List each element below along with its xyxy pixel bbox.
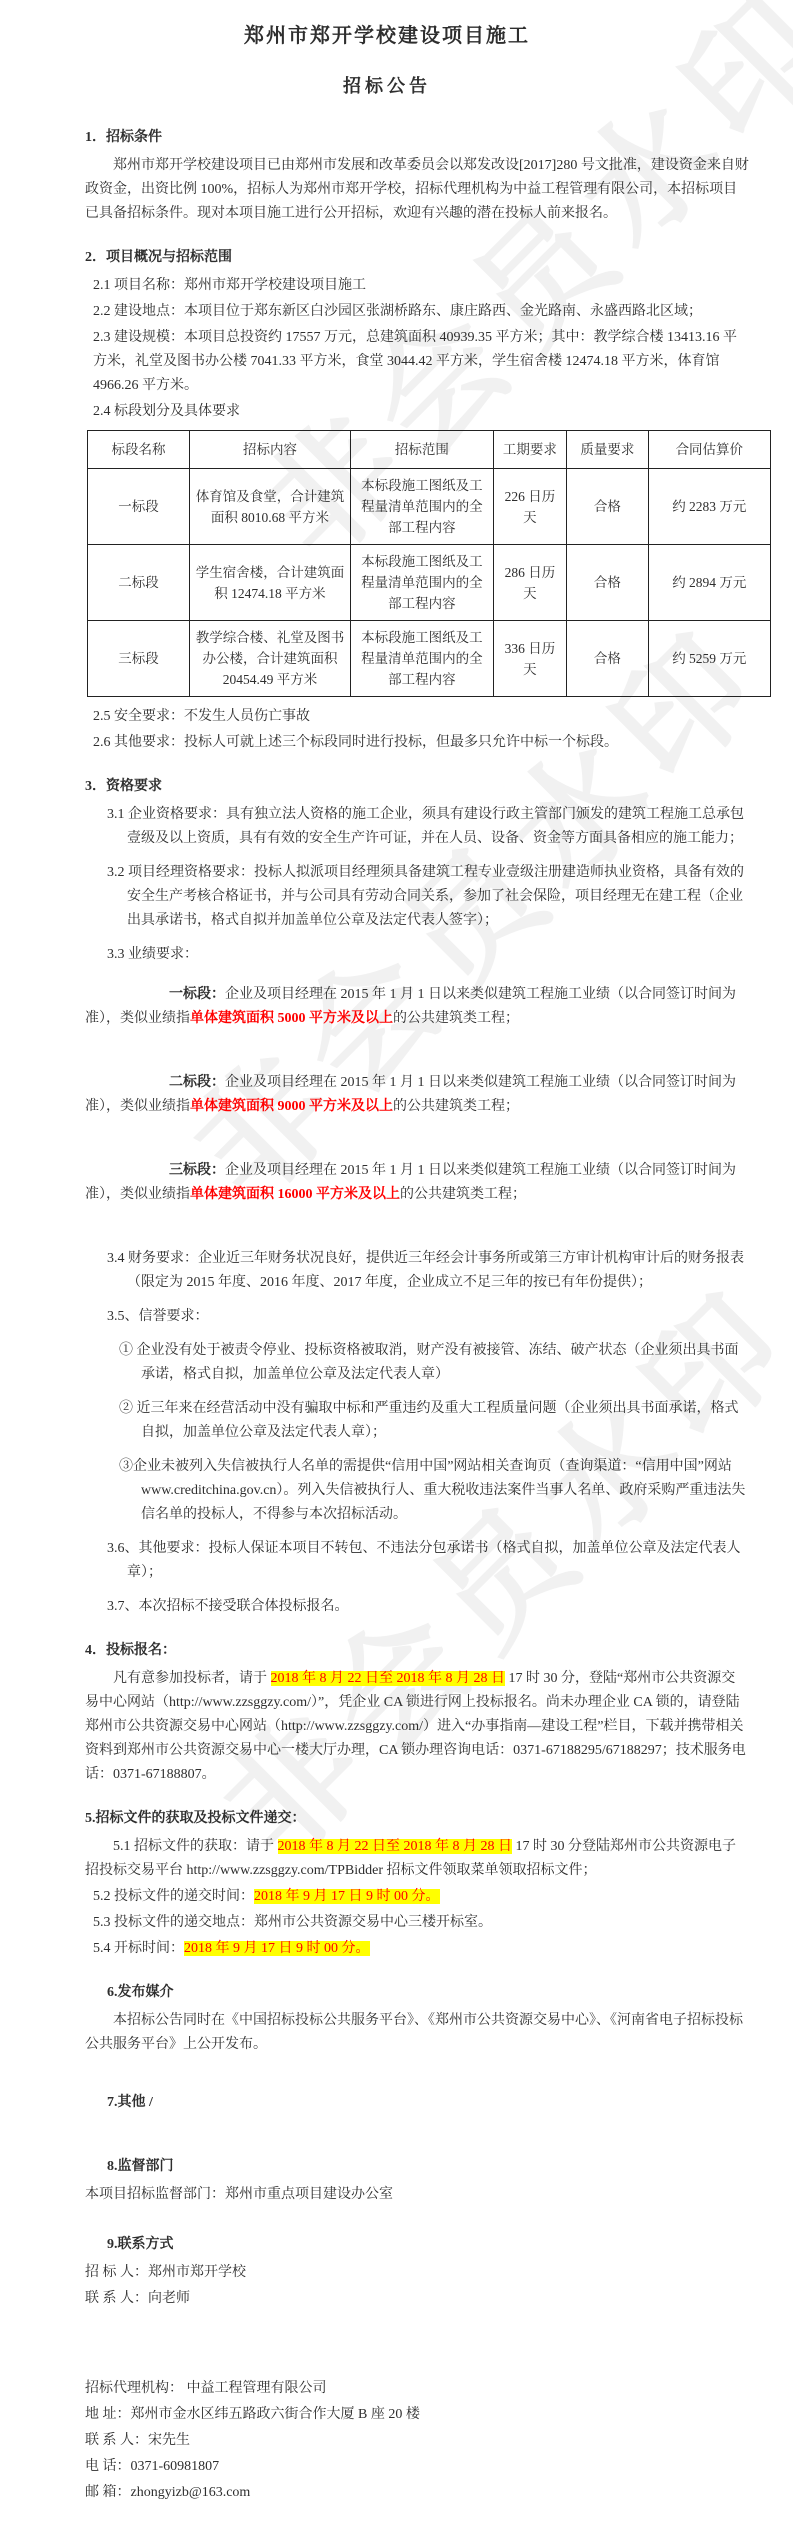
submission-time-label: 5.2 投标文件的递交时间： — [93, 1889, 254, 1904]
lot2-text-post: 的公共建筑类工程； — [393, 1099, 519, 1114]
project-scale-line: 2.3 建设规模：本项目总投资约 17557 万元，总建筑面积 40939.35… — [93, 326, 749, 398]
agency-email-line: 邮 箱：zhongyizb@163.com — [85, 2481, 749, 2505]
supervision-line: 本项目招标监督部门：郑州市重点项目建设办公室 — [85, 2183, 749, 2207]
credit-item-1: ① 企业没有处于被责令停业、投标资格被取消，财产没有被接管、冻结、破产状态（企业… — [119, 1339, 749, 1387]
section-8-heading: 8.监督部门 — [107, 2155, 749, 2179]
doc-obtain-date-highlight: 2018 年 8 月 22 日至 2018 年 8 月 28 日 — [278, 1839, 513, 1854]
document-title: 郑州市郑开学校建设项目施工 — [85, 24, 689, 48]
lot1-red-text: 单体建筑面积 5000 平方米及以上 — [190, 1011, 393, 1026]
submission-time-line: 5.2 投标文件的递交时间：2018 年 9 月 17 日 9 时 00 分。 — [93, 1885, 749, 1909]
lot1-performance-paragraph: 一标段：企业及项目经理在 2015 年 1 月 1 日以来类似建筑工程施工业绩（… — [85, 983, 749, 1031]
lot-division-line: 2.4 标段划分及具体要求 — [93, 400, 749, 424]
doc-obtain-paragraph: 5.1 招标文件的获取：请于 2018 年 8 月 22 日至 2018 年 8… — [85, 1835, 749, 1883]
submission-place-line: 5.3 投标文件的递交地点：郑州市公共资源交易中心三楼开标室。 — [93, 1911, 749, 1935]
section-9-heading: 9.联系方式 — [107, 2233, 749, 2257]
cell-duration: 226 日历天 — [493, 469, 566, 545]
col-header-price: 合同估算价 — [648, 431, 770, 469]
document-subtitle: 招标公告 — [85, 74, 689, 98]
cell-scope: 本标段施工图纸及工程量清单范围内的全部工程内容 — [351, 621, 494, 697]
other-requirement-3-6: 3.6、其他要求：投标人保证本项目不转包、不违法分包承诺书（格式自拟，加盖单位公… — [107, 1537, 749, 1585]
agency-contact-line: 联 系 人：宋先生 — [85, 2429, 749, 2453]
lot3-label: 三标段： — [169, 1163, 225, 1178]
finance-requirement-3-4: 3.4 财务要求：企业近三年财务状况良好，提供近三年经会计事务所或第三方审计机构… — [107, 1247, 749, 1295]
tenderer-contact-line: 联 系 人：向老师 — [85, 2287, 749, 2311]
cell-lot-name: 三标段 — [88, 621, 190, 697]
section-5-heading: 5.招标文件的获取及投标文件递交： — [85, 1807, 749, 1831]
doc-obtain-pre: 5.1 招标文件的获取：请于 — [113, 1839, 278, 1854]
cell-content: 学生宿舍楼，合计建筑面积 12474.18 平方米 — [189, 545, 350, 621]
lot2-label: 二标段： — [169, 1075, 225, 1090]
lot3-red-text: 单体建筑面积 16000 平方米及以上 — [190, 1187, 400, 1202]
cell-quality: 合格 — [567, 545, 649, 621]
cell-price: 约 2894 万元 — [648, 545, 770, 621]
cell-price: 约 2283 万元 — [648, 469, 770, 545]
section-3-heading: 3．资格要求 — [85, 775, 749, 799]
section-1-paragraph: 郑州市郑开学校建设项目已由郑州市发展和改革委员会以郑发改设[2017]280 号… — [85, 154, 749, 226]
registration-text-pre: 凡有意参加投标者，请于 — [113, 1671, 271, 1686]
lot-table-header-row: 标段名称 招标内容 招标范围 工期要求 质量要求 合同估算价 — [88, 431, 771, 469]
opening-time-highlight: 2018 年 9 月 17 日 9 时 00 分。 — [184, 1941, 370, 1956]
cell-lot-name: 一标段 — [88, 469, 190, 545]
table-row: 三标段 教学综合楼、礼堂及图书办公楼，合计建筑面积 20454.49 平方米 本… — [88, 621, 771, 697]
other-requirement-line: 2.6 其他要求：投标人可就上述三个标段同时进行投标，但最多只允许中标一个标段。 — [93, 731, 749, 755]
section-6-heading: 6.发布媒介 — [107, 1981, 749, 2005]
cell-content: 体育馆及食堂，合计建筑面积 8010.68 平方米 — [189, 469, 350, 545]
cell-duration: 336 日历天 — [493, 621, 566, 697]
registration-paragraph: 凡有意参加投标者，请于 2018 年 8 月 22 日至 2018 年 8 月 … — [85, 1667, 749, 1787]
col-header-quality: 质量要求 — [567, 431, 649, 469]
agency-address-line: 地 址：郑州市金水区纬五路政六街合作大厦 B 座 20 楼 — [85, 2403, 749, 2427]
media-paragraph: 本招标公告同时在《中国招标投标公共服务平台》、《郑州市公共资源交易中心》、《河南… — [85, 2009, 749, 2057]
col-header-content: 招标内容 — [189, 431, 350, 469]
qualification-3-3: 3.3 业绩要求： — [107, 943, 749, 967]
opening-time-line: 5.4 开标时间：2018 年 9 月 17 日 9 时 00 分。 — [93, 1937, 749, 1961]
project-location-line: 2.2 建设地点：本项目位于郑东新区白沙园区张湖桥路东、康庄路西、金光路南、永盛… — [93, 300, 749, 324]
lot-table: 标段名称 招标内容 招标范围 工期要求 质量要求 合同估算价 一标段 体育馆及食… — [87, 430, 771, 697]
col-header-lot-name: 标段名称 — [88, 431, 190, 469]
lot3-text-post: 的公共建筑类工程； — [400, 1187, 526, 1202]
section-2-heading: 2．项目概况与招标范围 — [85, 246, 749, 270]
col-header-duration: 工期要求 — [493, 431, 566, 469]
safety-requirement-line: 2.5 安全要求：不发生人员伤亡事故 — [93, 705, 749, 729]
lot1-text-post: 的公共建筑类工程； — [393, 1011, 519, 1026]
project-name-line: 2.1 项目名称：郑州市郑开学校建设项目施工 — [93, 274, 749, 298]
agency-line: 招标代理机构： 中益工程管理有限公司 — [85, 2377, 749, 2401]
cell-duration: 286 日历天 — [493, 545, 566, 621]
credit-item-2: ② 近三年来在经营活动中没有骗取中标和严重违约及重大工程质量问题（企业须出具书面… — [119, 1397, 749, 1445]
tenderer-line: 招 标 人：郑州市郑开学校 — [85, 2261, 749, 2285]
submission-time-highlight: 2018 年 9 月 17 日 9 时 00 分。 — [254, 1889, 440, 1904]
registration-date-highlight: 2018 年 8 月 22 日至 2018 年 8 月 28 日 — [271, 1671, 506, 1686]
table-row: 一标段 体育馆及食堂，合计建筑面积 8010.68 平方米 本标段施工图纸及工程… — [88, 469, 771, 545]
section-4-heading: 4．投标报名： — [85, 1639, 749, 1663]
col-header-scope: 招标范围 — [351, 431, 494, 469]
section-7-heading: 7.其他 / — [107, 2091, 749, 2115]
credit-item-3: ③企业未被列入失信被执行人名单的需提供“信用中国”网站相关查询页（查询渠道：“信… — [119, 1455, 749, 1527]
cell-lot-name: 二标段 — [88, 545, 190, 621]
lot2-performance-paragraph: 二标段：企业及项目经理在 2015 年 1 月 1 日以来类似建筑工程施工业绩（… — [85, 1071, 749, 1119]
cell-scope: 本标段施工图纸及工程量清单范围内的全部工程内容 — [351, 545, 494, 621]
qualification-3-1: 3.1 企业资格要求：具有独立法人资格的施工企业，须具有建设行政主管部门颁发的建… — [107, 803, 749, 851]
section-1-heading: 1．招标条件 — [85, 126, 749, 150]
agency-phone-line: 电 话：0371-60981807 — [85, 2455, 749, 2479]
lot2-red-text: 单体建筑面积 9000 平方米及以上 — [190, 1099, 393, 1114]
lot1-label: 一标段： — [169, 987, 225, 1002]
cell-price: 约 5259 万元 — [648, 621, 770, 697]
cell-quality: 合格 — [567, 469, 649, 545]
no-consortium-3-7: 3.7、本次招标不接受联合体投标报名。 — [107, 1595, 749, 1619]
credit-requirement-3-5: 3.5、信誉要求： — [107, 1305, 749, 1329]
qualification-3-2: 3.2 项目经理资格要求：投标人拟派项目经理须具备建筑工程专业壹级注册建造师执业… — [107, 861, 749, 933]
lot3-performance-paragraph: 三标段：企业及项目经理在 2015 年 1 月 1 日以来类似建筑工程施工业绩（… — [85, 1159, 749, 1207]
cell-content: 教学综合楼、礼堂及图书办公楼，合计建筑面积 20454.49 平方米 — [189, 621, 350, 697]
document-page: 郑州市郑开学校建设项目施工 招标公告 1．招标条件 郑州市郑开学校建设项目已由郑… — [0, 0, 773, 2537]
cell-scope: 本标段施工图纸及工程量清单范围内的全部工程内容 — [351, 469, 494, 545]
registration-text-post: 17 时 30 分，登陆“郑州市公共资源交易中心网站（http://www.zz… — [85, 1671, 746, 1782]
opening-time-label: 5.4 开标时间： — [93, 1941, 184, 1956]
cell-quality: 合格 — [567, 621, 649, 697]
table-row: 二标段 学生宿舍楼，合计建筑面积 12474.18 平方米 本标段施工图纸及工程… — [88, 545, 771, 621]
